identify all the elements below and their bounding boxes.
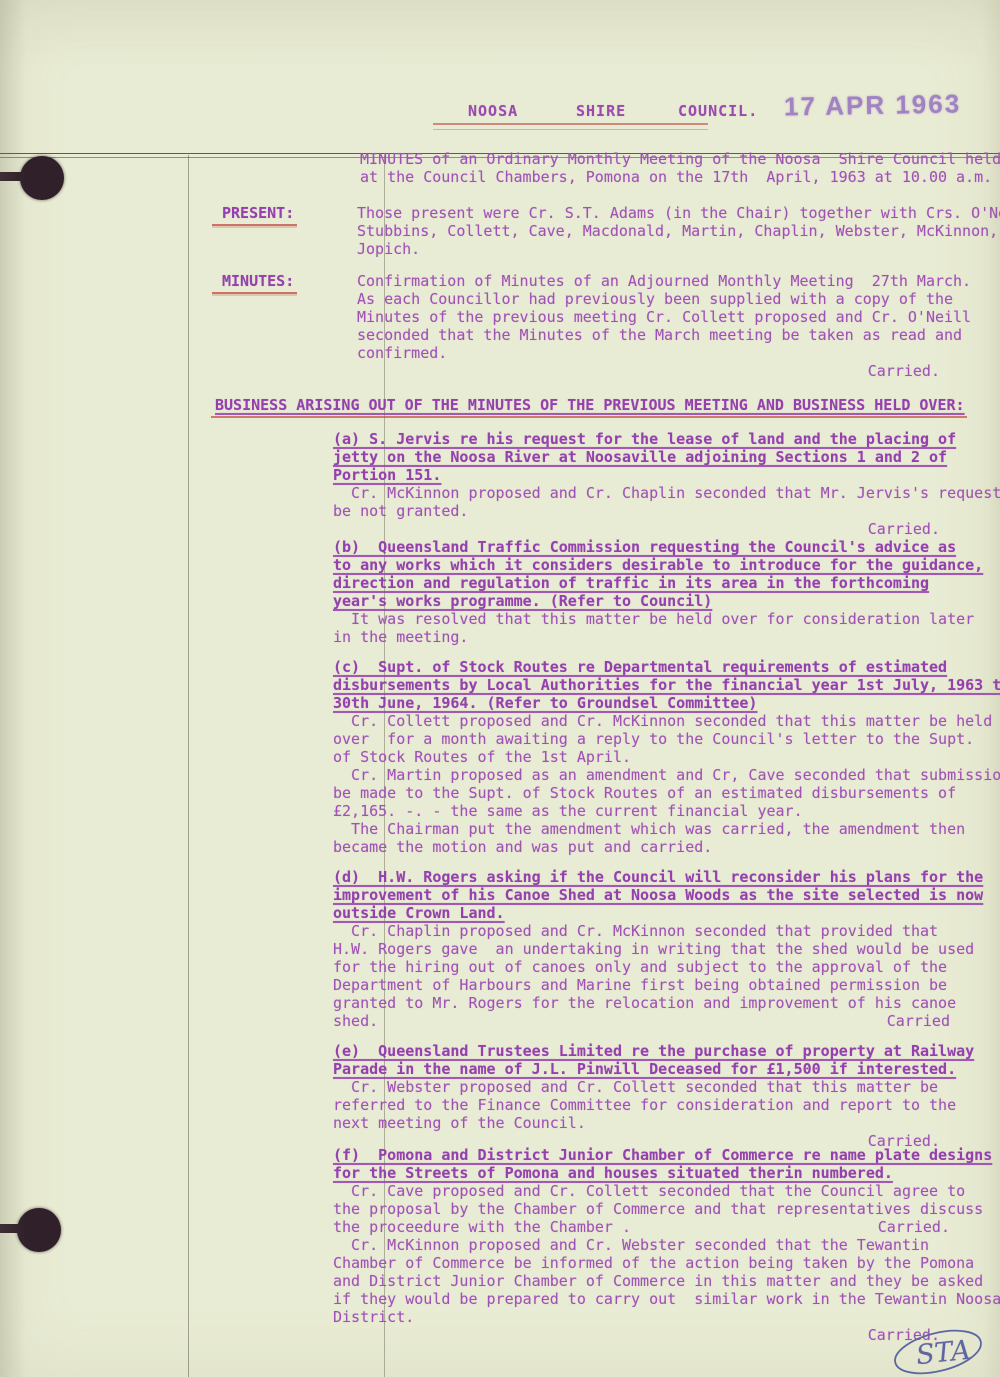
text-line: Confirmation of Minutes of an Adjourned … [357,272,1000,290]
text-line: Chamber of Commerce be informed of the a… [333,1254,1000,1272]
text-line: be made to the Supt. of Stock Routes of … [333,784,1000,802]
text-line: to any works which it considers desirabl… [333,556,1000,574]
header-title-word: NOOSA [468,102,518,120]
punch-fastener-bottom [17,1208,61,1252]
text-line: Jopich. [357,240,1000,258]
fastener-stem [0,172,24,181]
text-line: Cr. Webster proposed and Cr. Collett sec… [333,1078,1000,1096]
fastener-stem [0,1224,22,1233]
text-line: MINUTES of an Ordinary Monthly Meeting o… [360,150,1000,168]
text-line: (c) Supt. of Stock Routes re Departmenta… [333,658,1000,676]
text-line: H.W. Rogers gave an undertaking in writi… [333,940,1000,958]
text-line: (b) Queensland Traffic Commission reques… [333,538,1000,556]
item-d-heading: (d) H.W. Rogers asking if the Council wi… [333,868,1000,922]
text-line: 30th June, 1964. (Refer to Groundsel Com… [333,694,1000,712]
text-line: for the hiring out of canoes only and su… [333,958,1000,976]
fastener-disc [17,1208,61,1252]
text-line: granted to Mr. Rogers for the relocation… [333,994,1000,1012]
text-line: Cr. Martin proposed as an amendment and … [333,766,1000,784]
item-c-motion: Cr. Collett proposed and Cr. McKinnon se… [333,712,1000,766]
carried-note: Carried. [357,362,1000,380]
item-e: (e) Queensland Trustees Limited re the p… [333,1042,1000,1150]
text-line: referred to the Finance Committee for co… [333,1096,1000,1114]
text-line: Parade in the name of J.L. Pinwill Decea… [333,1060,1000,1078]
text-line: Cr. Chaplin proposed and Cr. McKinnon se… [333,922,1000,940]
text-line: year's works programme. (Refer to Counci… [333,592,1000,610]
text-line: confirmed. [357,344,1000,362]
text-line: be not granted. [333,502,1000,520]
item-b: (b) Queensland Traffic Commission reques… [333,538,1000,646]
text-line: over for a month awaiting a reply to the… [333,730,1000,748]
text-line: the proposal by the Chamber of Commerce … [333,1200,1000,1218]
item-f-motion-2: Cr. McKinnon proposed and Cr. Webster se… [333,1236,1000,1326]
fastener-disc [20,156,64,200]
text-line: jetty on the Noosa River at Noosaville a… [333,448,1000,466]
text-line: disbursements by Local Authorities for t… [333,676,1000,694]
item-f: (f) Pomona and District Junior Chamber o… [333,1146,1000,1344]
intro-paragraph: MINUTES of an Ordinary Monthly Meeting o… [360,150,1000,186]
vertical-rule-left [188,155,189,1377]
item-f-heading: (f) Pomona and District Junior Chamber o… [333,1146,1000,1182]
item-b-heading: (b) Queensland Traffic Commission reques… [333,538,1000,610]
item-b-resolution: It was resolved that this matter be held… [333,610,1000,646]
business-arising-heading: BUSINESS ARISING OUT OF THE MINUTES OF T… [215,396,965,414]
text-line: (f) Pomona and District Junior Chamber o… [333,1146,1000,1164]
text-line: (a) S. Jervis re his request for the lea… [333,430,1000,448]
text-line: Stubbins, Collett, Cave, Macdonald, Mart… [357,222,1000,240]
item-e-heading: (e) Queensland Trustees Limited re the p… [333,1042,1000,1078]
text-line: seconded that the Minutes of the March m… [357,326,1000,344]
text-line: Minutes of the previous meeting Cr. Coll… [357,308,1000,326]
text-line: Cr. McKinnon proposed and Cr. Webster se… [333,1236,1000,1254]
text-line: Those present were Cr. S.T. Adams (in th… [357,204,1000,222]
text-line: It was resolved that this matter be held… [333,610,1000,628]
text-line: Portion 151. [333,466,1000,484]
text-line: in the meeting. [333,628,1000,646]
text-line: became the motion and was put and carrie… [333,838,1000,856]
chairman-signature-icon: STA [888,1321,989,1377]
item-c-heading: (c) Supt. of Stock Routes re Departmenta… [333,658,1000,712]
item-a-motion: Cr. McKinnon proposed and Cr. Chaplin se… [333,484,1000,520]
signature-initials: STA [915,1335,972,1372]
text-line: As each Councillor had previously been s… [357,290,1000,308]
item-c: (c) Supt. of Stock Routes re Departmenta… [333,658,1000,856]
text-line: of Stock Routes of the 1st April. [333,748,1000,766]
text-line: Department of Harbours and Marine first … [333,976,1000,994]
text-line: direction and regulation of traffic in i… [333,574,1000,592]
item-c-result: The Chairman put the amendment which was… [333,820,1000,856]
header-underline [433,123,708,130]
item-d: (d) H.W. Rogers asking if the Council wi… [333,868,1000,1030]
minutes-section: Confirmation of Minutes of an Adjourned … [357,272,1000,380]
header-title-word: COUNCIL. [678,102,758,120]
text-line: for the Streets of Pomona and houses sit… [333,1164,1000,1182]
text-line: outside Crown Land. [333,904,1000,922]
text-line: next meeting of the Council. [333,1114,1000,1132]
minutes-paragraph: Confirmation of Minutes of an Adjourned … [357,272,1000,362]
text-line: District. [333,1308,1000,1326]
text-line: (d) H.W. Rogers asking if the Council wi… [333,868,1000,886]
text-line: Cr. McKinnon proposed and Cr. Chaplin se… [333,484,1000,502]
text-line: (e) Queensland Trustees Limited re the p… [333,1042,1000,1060]
punch-fastener-top [20,156,64,200]
item-a: (a) S. Jervis re his request for the lea… [333,430,1000,538]
text-line: The Chairman put the amendment which was… [333,820,1000,838]
header-title-word: SHIRE [576,102,626,120]
document-page: NOOSA SHIRE COUNCIL. 17 APR 1963 MINUTES… [0,0,1000,1377]
margin-label-minutes: MINUTES: [222,272,294,290]
margin-label-present: PRESENT: [222,204,294,222]
text-line: improvement of his Canoe Shed at Noosa W… [333,886,1000,904]
text-line: £2,165. -. - the same as the current fin… [333,802,1000,820]
item-c-amendment: Cr. Martin proposed as an amendment and … [333,766,1000,820]
carried-note: Carried [333,1012,1000,1030]
text-line: at the Council Chambers, Pomona on the 1… [360,168,1000,186]
text-line: Cr. Cave proposed and Cr. Collett second… [333,1182,1000,1200]
text-line: and District Junior Chamber of Commerce … [333,1272,1000,1290]
carried-note: Carried. [333,520,1000,538]
text-line: if they would be prepared to carry out s… [333,1290,1000,1308]
item-a-heading: (a) S. Jervis re his request for the lea… [333,430,1000,484]
text-line: Cr. Collett proposed and Cr. McKinnon se… [333,712,1000,730]
present-paragraph: Those present were Cr. S.T. Adams (in th… [357,204,1000,258]
date-stamp: 17 APR 1963 [784,94,961,115]
item-e-motion: Cr. Webster proposed and Cr. Collett sec… [333,1078,1000,1132]
